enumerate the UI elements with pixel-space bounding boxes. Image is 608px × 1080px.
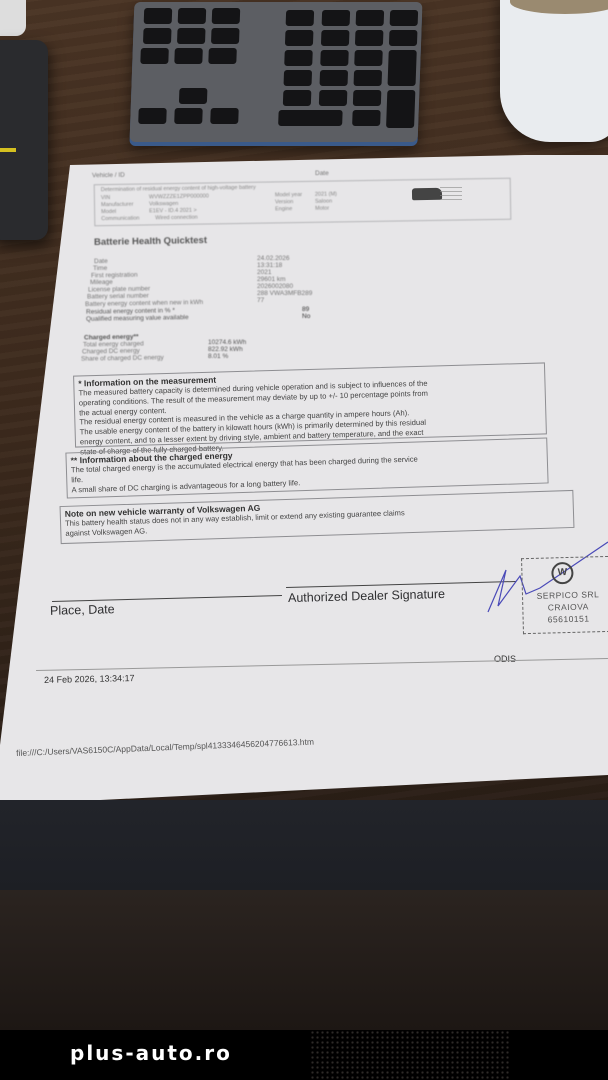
- desk-edge: [0, 890, 608, 1030]
- speaker-grille: [310, 1030, 510, 1080]
- stamp-name: SERPICO SRL: [523, 589, 608, 601]
- field-value: 2026002080: [257, 283, 293, 290]
- dc-energy-value: 822.92 kWh: [208, 346, 243, 353]
- model-year-label: Model year: [275, 192, 302, 198]
- version-label: Version: [275, 199, 293, 205]
- engine-label: Engine: [275, 206, 292, 212]
- measurement-info-box: * Information on the measurement The mea…: [73, 362, 547, 447]
- qualified-value: No: [302, 313, 310, 320]
- vin-label: VIN: [101, 195, 110, 201]
- engine-value: Motor: [315, 206, 329, 212]
- qualified-label: Qualified measuring value available: [86, 314, 189, 323]
- communication-value: Wired connection: [155, 215, 198, 222]
- vin-value: WVWZZZE1ZPP000000: [149, 193, 209, 200]
- car-battery-icon: [412, 188, 442, 201]
- box-title: Determination of residual energy content…: [101, 185, 256, 193]
- field-value: 77: [257, 297, 264, 304]
- dc-share-value: 8.01 %: [208, 353, 228, 360]
- communication-label: Communication: [101, 216, 139, 223]
- watermark-brand: plus-auto.ro: [70, 1041, 232, 1065]
- field-value: 2021: [257, 269, 271, 276]
- stamp-city: CRAIOVA: [523, 601, 608, 613]
- version-value: Saloon: [315, 199, 332, 205]
- manufacturer-label: Manufacturer: [101, 202, 133, 209]
- header-top-left: Vehicle / ID: [92, 172, 125, 180]
- dc-share-label: Share of charged DC energy: [81, 354, 164, 362]
- document-content: Vehicle / ID Date Determination of resid…: [0, 0, 608, 660]
- field-value: 24.02.2026: [257, 255, 290, 262]
- residual-value: 89: [302, 306, 309, 313]
- footer-timestamp: 24 Feb 2026, 13:34:17: [44, 673, 135, 685]
- model-value: E1EV - ID.4 2021 >: [149, 208, 197, 215]
- field-label: Mileage: [89, 279, 112, 286]
- warranty-box: Note on new vehicle warranty of Volkswag…: [60, 490, 575, 544]
- field-value: 29601 km: [257, 276, 286, 283]
- model-year-value: 2021 (M): [315, 191, 337, 197]
- page-title: Batterie Health Quicktest: [94, 235, 207, 248]
- field-label: Time: [92, 265, 106, 272]
- field-value: 13:31:18: [257, 262, 282, 269]
- total-energy-value: 10274.6 kWh: [208, 339, 246, 346]
- field-label: Battery energy content when new in kWh: [85, 299, 203, 308]
- stamp-code: 65610151: [524, 613, 608, 625]
- model-label: Model: [101, 209, 116, 215]
- header-top-center: Date: [315, 170, 329, 177]
- dealer-stamp: W SERPICO SRL CRAIOVA 65610151: [521, 556, 608, 634]
- place-date-line: [52, 595, 282, 602]
- field-value: 288 VWA3MFB289: [257, 290, 312, 297]
- place-date-label: Place, Date: [50, 602, 115, 618]
- manufacturer-value: Volkswagen: [149, 201, 178, 207]
- vw-logo-icon: W: [551, 562, 574, 585]
- dealer-signature-label: Authorized Dealer Signature: [288, 587, 445, 605]
- logo-lines-icon: [440, 187, 462, 203]
